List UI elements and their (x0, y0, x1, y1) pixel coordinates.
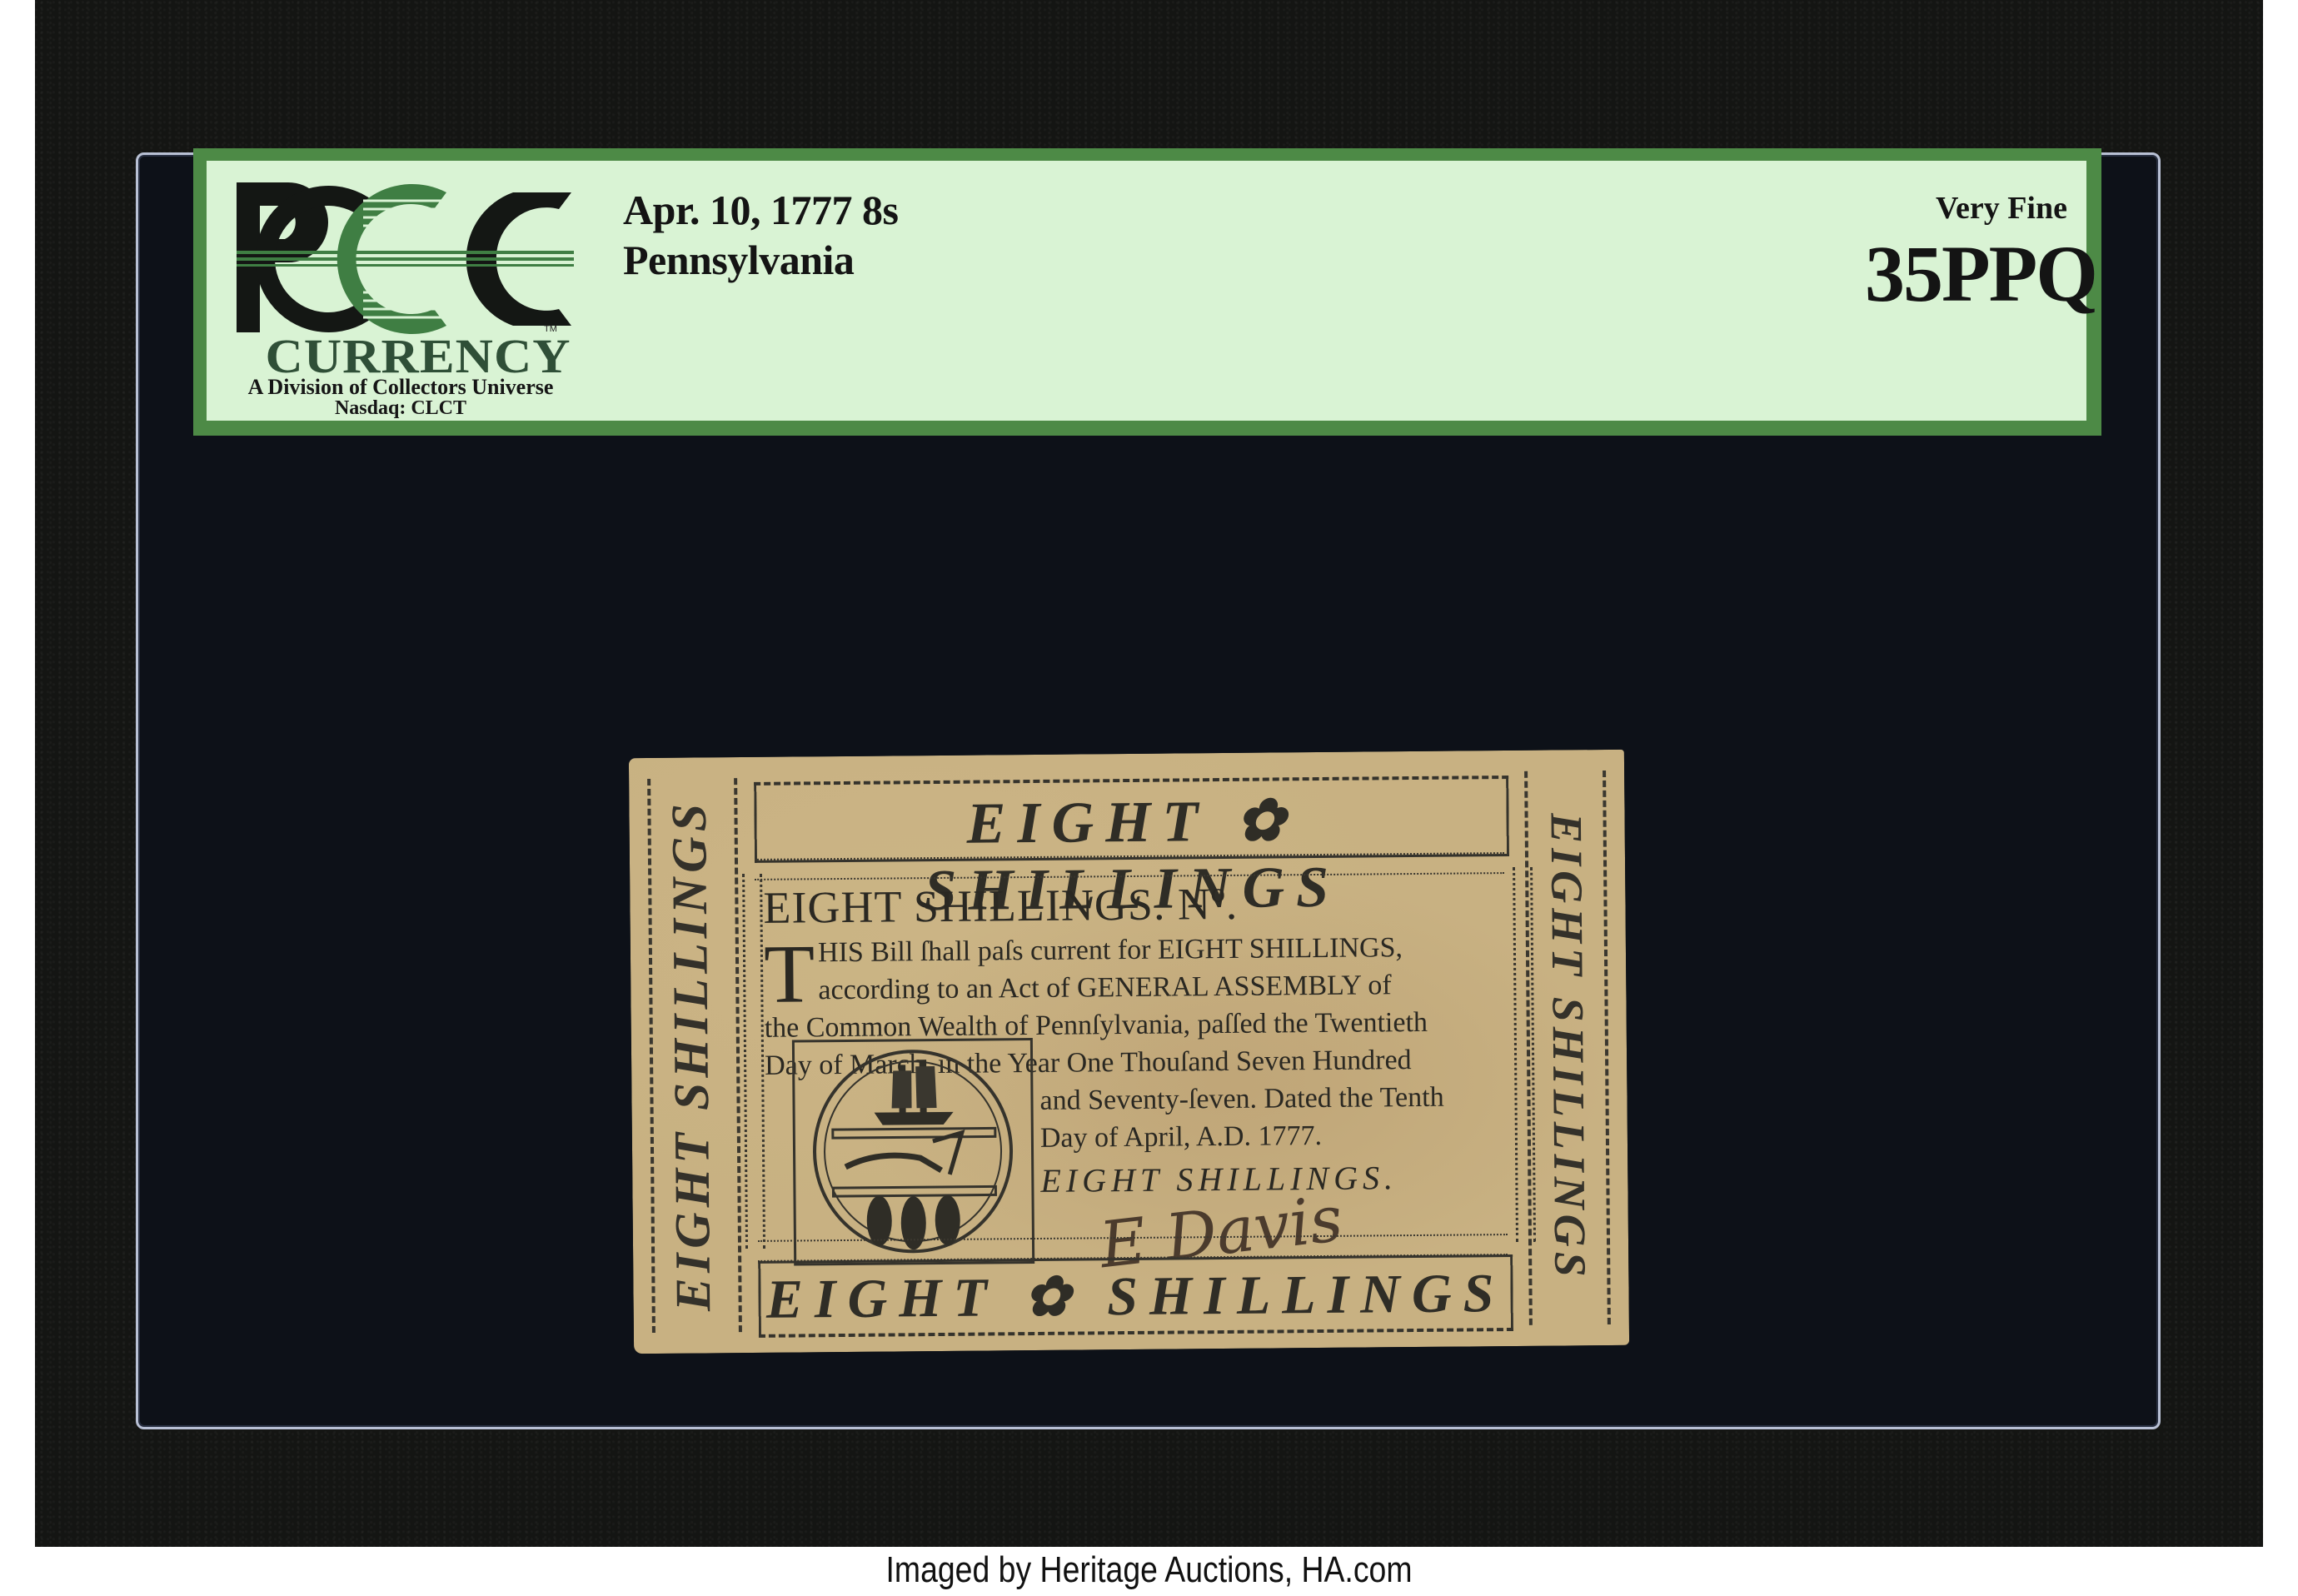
drop-cap: T (764, 939, 815, 1010)
body-line: according to an Act of GENERAL ASSEMBLY … (764, 965, 1505, 1010)
division-text: A Division of Collectors Universe (222, 376, 580, 399)
grade-number: 35PPQ (1822, 227, 2139, 320)
label-panel: TM CURRENCY A Division of Collectors Uni… (207, 161, 2086, 421)
right-ornament-column (1513, 867, 1536, 1242)
note-body-right: and Seventy-ſeven. Dated the Tenth Day o… (1039, 1079, 1444, 1157)
top-banner: EIGHT ✿ SHILLINGS (754, 776, 1509, 863)
coat-of-arms-icon (795, 1040, 1032, 1263)
left-ornament-column (742, 874, 765, 1249)
right-border-text: EIGHT SHILLINGS (1540, 789, 1596, 1306)
image-credit-caption: Imaged by Heritage Auctions, HA.com (172, 1549, 2126, 1591)
grade-description: Very Fine (1881, 190, 2122, 227)
left-border-text: EIGHT SHILLINGS (660, 796, 722, 1314)
currency-note: EIGHT SHILLINGS EIGHT SHILLINGS EIGHT ✿ … (629, 750, 1629, 1354)
bottom-banner: EIGHT ✿ SHILLINGS (758, 1254, 1513, 1338)
body-line: Day of April, A.D. 1777. (1040, 1116, 1444, 1157)
note-date-denomination: Apr. 10, 1777 8s (623, 186, 898, 234)
pcgs-logo-icon (230, 176, 580, 342)
note-heading: EIGHT SHILLINGS. Nº. (763, 878, 1238, 934)
coat-of-arms-seal (792, 1038, 1034, 1266)
body-line: HIS Bill ſhall paſs current for EIGHT SH… (764, 928, 1505, 972)
ticker-text: Nasdaq: CLCT (222, 397, 580, 419)
grading-label: TM CURRENCY A Division of Collectors Uni… (193, 148, 2101, 436)
note-state: Pennsylvania (623, 236, 854, 284)
body-line: and Seventy-ſeven. Dated the Tenth (1039, 1079, 1443, 1120)
currency-wordmark: CURRENCY (232, 333, 605, 380)
bottom-banner-text: EIGHT ✿ SHILLINGS (760, 1260, 1511, 1332)
